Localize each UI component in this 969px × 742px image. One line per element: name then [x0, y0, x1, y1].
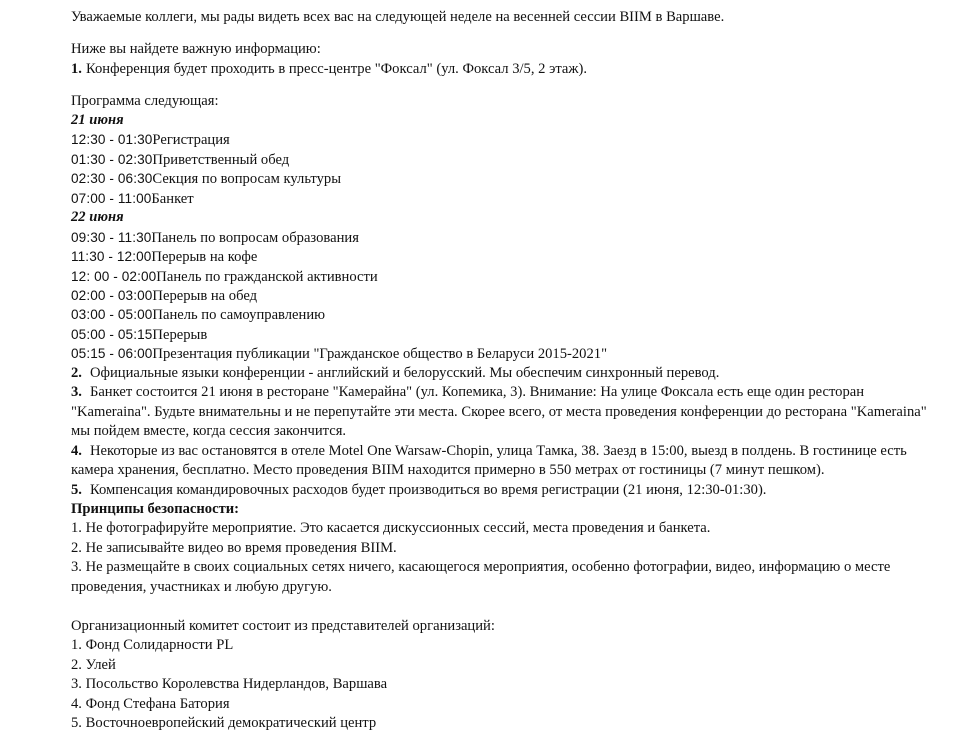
- schedule-row: 03:00 - 05:00Панель по самоуправлению: [71, 305, 325, 324]
- item-text: Некоторые из вас остановятся в отеле Mot…: [90, 443, 907, 459]
- item-number: 1.: [71, 61, 82, 77]
- event-time: 07:00 - 11:00: [71, 191, 151, 206]
- info-item-3: "Kameraina". Будьте внимательны и не пер…: [71, 403, 927, 422]
- info-item-4: 4.Некоторые из вас остановятся в отеле M…: [71, 442, 907, 461]
- program-heading: Программа следующая:: [71, 92, 219, 111]
- intro: Ниже вы найдете важную информацию:: [71, 40, 321, 59]
- schedule-row: 09:30 - 11:30Панель по вопросам образова…: [71, 228, 359, 247]
- item-number: 3.: [71, 384, 82, 400]
- info-item-1: 1.Конференция будет проходить в пресс-це…: [71, 60, 587, 79]
- security-rule: 2. Не записывайте видео во время проведе…: [71, 539, 397, 558]
- schedule-row: 02:00 - 03:00Перерыв на обед: [71, 286, 257, 305]
- event-time: 05:15 - 06:00: [71, 346, 152, 361]
- info-item-3: 3.Банкет состоится 21 июня в ресторане "…: [71, 383, 864, 402]
- schedule-row: 05:15 - 06:00Презентация публикации "Гра…: [71, 344, 607, 363]
- event-title: Панель по гражданской активности: [156, 269, 377, 285]
- item-text: Банкет состоится 21 июня в ресторане "Ка…: [90, 384, 864, 400]
- committee-heading: Организационный комитет состоит из предс…: [71, 617, 495, 636]
- event-title: Перерыв на кофе: [151, 249, 257, 265]
- event-title: Приветственный обед: [152, 152, 289, 168]
- info-item-3: мы пойдем вместе, когда сессия закончитс…: [71, 422, 346, 441]
- event-title: Перерыв на обед: [152, 288, 257, 304]
- schedule-row: 12: 00 - 02:00Панель по гражданской акти…: [71, 267, 378, 286]
- item-text: Официальные языки конференции - английск…: [90, 365, 719, 381]
- committee-member: 3. Посольство Королевства Нидерландов, В…: [71, 675, 387, 694]
- event-title: Банкет: [151, 191, 193, 207]
- event-time: 12:30 - 01:30: [71, 132, 152, 147]
- schedule-row: 05:00 - 05:15Перерыв: [71, 325, 207, 344]
- event-time: 09:30 - 11:30: [71, 230, 151, 245]
- info-item-2: 2.Официальные языки конференции - англий…: [71, 364, 719, 383]
- program-day-date: 22 июня: [71, 208, 124, 227]
- committee-member: 5. Восточноевропейский демократический ц…: [71, 714, 376, 733]
- item-text: Компенсация командировочных расходов буд…: [90, 482, 767, 498]
- event-title: Регистрация: [152, 132, 229, 148]
- item-text: камера хранения, бесплатно. Место провед…: [71, 462, 825, 478]
- security-heading: Принципы безопасности:: [71, 500, 239, 519]
- event-time: 11:30 - 12:00: [71, 249, 151, 264]
- item-text: "Kameraina". Будьте внимательны и не пер…: [71, 404, 927, 420]
- schedule-row: 12:30 - 01:30Регистрация: [71, 130, 230, 149]
- committee-member: 1. Фонд Солидарности PL: [71, 636, 233, 655]
- schedule-row: 01:30 - 02:30Приветственный обед: [71, 150, 289, 169]
- item-number: 2.: [71, 365, 82, 381]
- item-text: мы пойдем вместе, когда сессия закончитс…: [71, 423, 346, 439]
- event-time: 05:00 - 05:15: [71, 327, 152, 342]
- event-title: Панель по вопросам образования: [151, 230, 359, 246]
- item-text: Конференция будет проходить в пресс-цент…: [86, 61, 587, 77]
- event-time: 02:00 - 03:00: [71, 288, 152, 303]
- schedule-row: 11:30 - 12:00Перерыв на кофе: [71, 247, 257, 266]
- committee-member: 2. Улей: [71, 656, 116, 675]
- greeting: Уважаемые коллеги, мы рады видеть всех в…: [71, 8, 724, 27]
- schedule-row: 02:30 - 06:30Секция по вопросам культуры: [71, 169, 341, 188]
- event-title: Перерыв: [152, 327, 207, 343]
- event-time: 02:30 - 06:30: [71, 171, 152, 186]
- info-item-4: камера хранения, бесплатно. Место провед…: [71, 461, 825, 480]
- event-title: Панель по самоуправлению: [152, 307, 325, 323]
- event-time: 12: 00 - 02:00: [71, 269, 156, 284]
- schedule-row: 07:00 - 11:00Банкет: [71, 189, 194, 208]
- event-time: 01:30 - 02:30: [71, 152, 152, 167]
- event-time: 03:00 - 05:00: [71, 307, 152, 322]
- event-title: Презентация публикации "Гражданское обще…: [152, 346, 607, 362]
- security-rule: 3. Не размещайте в своих социальных сетя…: [71, 558, 890, 577]
- security-rule: проведения, участниках и любую другую.: [71, 578, 332, 597]
- committee-member: 4. Фонд Стефана Батория: [71, 695, 230, 714]
- security-rule: 1. Не фотографируйте мероприятие. Это ка…: [71, 519, 710, 538]
- program-day-date: 21 июня: [71, 111, 124, 130]
- info-item-5: 5.Компенсация командировочных расходов б…: [71, 481, 766, 500]
- item-number: 5.: [71, 482, 82, 498]
- item-number: 4.: [71, 443, 82, 459]
- event-title: Секция по вопросам культуры: [152, 171, 341, 187]
